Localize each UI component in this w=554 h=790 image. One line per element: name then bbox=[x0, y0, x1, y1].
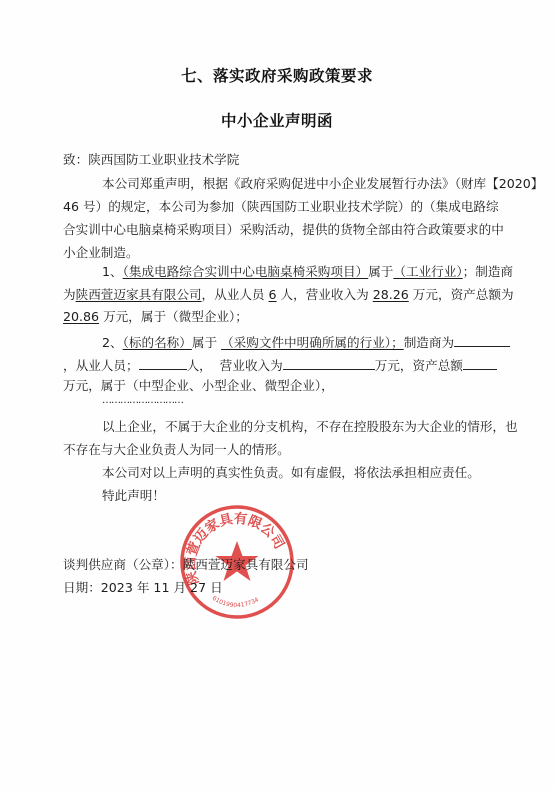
paragraph1-line1: 本公司郑重声明，根据《政府采购促进中小企业发展暂行办法》（财库【2020】 bbox=[102, 176, 543, 192]
item2-revenue-blank bbox=[283, 356, 375, 370]
item1-line1: 1、（集成电路综合实训中心电脑桌椅采购项目）属于（工业行业）；制造商 bbox=[102, 264, 513, 280]
paragraph1-line4: 小企业制造。 bbox=[63, 245, 139, 261]
item1-line3: 20.86 万元，属于（微型企业）； bbox=[63, 309, 248, 325]
paragraph2-line2: 不存在与大企业负责人为同一人的情形。 bbox=[63, 442, 290, 458]
item2-industry: （采购文件中明确所属的行业）； bbox=[221, 335, 404, 350]
item2-line2: ，从业人员；人， 营业收入为万元，资产总额 bbox=[63, 356, 497, 374]
item1-employees-label: ，从业人员 bbox=[202, 287, 265, 302]
item2-subject: （标的名称） bbox=[123, 335, 192, 350]
item2-assets-blank bbox=[463, 356, 497, 370]
paragraph3: 本公司对以上声明的真实性负责。如有虚假，将依法承担相应责任。 bbox=[102, 465, 480, 481]
paragraph1-line2: 46 号）的规定，本公司为参加（陕西国防工业职业技术学院）的（集成电路综 bbox=[63, 199, 499, 215]
item1-employees: 6 bbox=[269, 287, 277, 302]
svg-text:6101990417734: 6101990417734 bbox=[211, 595, 260, 609]
item1-employees-unit: 人，营业收入为 bbox=[281, 287, 369, 302]
paragraph1-line3: 合实训中心电脑桌椅采购项目）采购活动，提供的货物全部由符合政策要求的中 bbox=[63, 222, 504, 238]
supplier-signature-line: 谈判供应商（公章）：陕西萱迈家具有限公司 bbox=[63, 557, 309, 573]
ellipsis: ……………………… bbox=[102, 393, 183, 409]
item1-prefix: 1、 bbox=[102, 264, 123, 279]
item2-manufacturer-label: 制造商为 bbox=[404, 335, 454, 350]
item2-belongs: 属于 bbox=[192, 335, 217, 350]
item1-manufacturer-prefix: 为 bbox=[63, 287, 76, 302]
item2-employees-label: ，从业人员； bbox=[63, 358, 139, 373]
section-title: 七、落实政府采购政策要求 bbox=[0, 64, 554, 86]
item2-revenue-unit: 万元，资产总额 bbox=[375, 358, 463, 373]
item2-revenue-label: 营业收入为 bbox=[220, 358, 283, 373]
date-line: 日期：2023 年 11 月 27 日 bbox=[63, 580, 223, 596]
item1-project: （集成电路综合实训中心电脑桌椅采购项目） bbox=[123, 264, 369, 279]
item1-manufacturer-label: ；制造商 bbox=[463, 264, 513, 279]
item1-assets-unit: 万元，属于（微型企业）； bbox=[103, 309, 248, 324]
paragraph2-line1: 以上企业，不属于大企业的分支机构，不存在控股股东为大企业的情形，也 bbox=[102, 419, 518, 435]
item1-belongs: 属于 bbox=[368, 264, 393, 279]
item1-revenue-unit: 万元，资产总额为 bbox=[413, 287, 514, 302]
item1-line2: 为陕西萱迈家具有限公司，从业人员 6 人，营业收入为 28.26 万元，资产总额… bbox=[63, 287, 514, 303]
item2-employees-blank bbox=[139, 356, 187, 370]
seal-code: 6101990417734 bbox=[211, 595, 260, 609]
document-page: 七、落实政府采购政策要求 中小企业声明函 致：陕西国防工业职业技术学院 本公司郑… bbox=[0, 0, 554, 790]
item2-manufacturer-blank bbox=[454, 333, 510, 347]
addressee: 致：陕西国防工业职业技术学院 bbox=[63, 152, 239, 168]
item1-assets: 20.86 bbox=[63, 309, 99, 324]
closing-statement: 特此声明！ bbox=[102, 488, 165, 504]
item2-prefix: 2、 bbox=[102, 335, 123, 350]
item1-manufacturer: 陕西萱迈家具有限公司 bbox=[76, 287, 202, 302]
item2-line1: 2、（标的名称）属于 （采购文件中明确所属的行业）；制造商为 bbox=[102, 333, 510, 351]
item2-employees-unit: 人， bbox=[187, 358, 212, 373]
item2-line3: 万元，属于（中型企业、小型企业、微型企业）， bbox=[63, 378, 334, 394]
item1-industry: （工业行业） bbox=[393, 264, 462, 279]
form-title: 中小企业声明函 bbox=[0, 109, 554, 131]
item1-revenue: 28.26 bbox=[373, 287, 409, 302]
